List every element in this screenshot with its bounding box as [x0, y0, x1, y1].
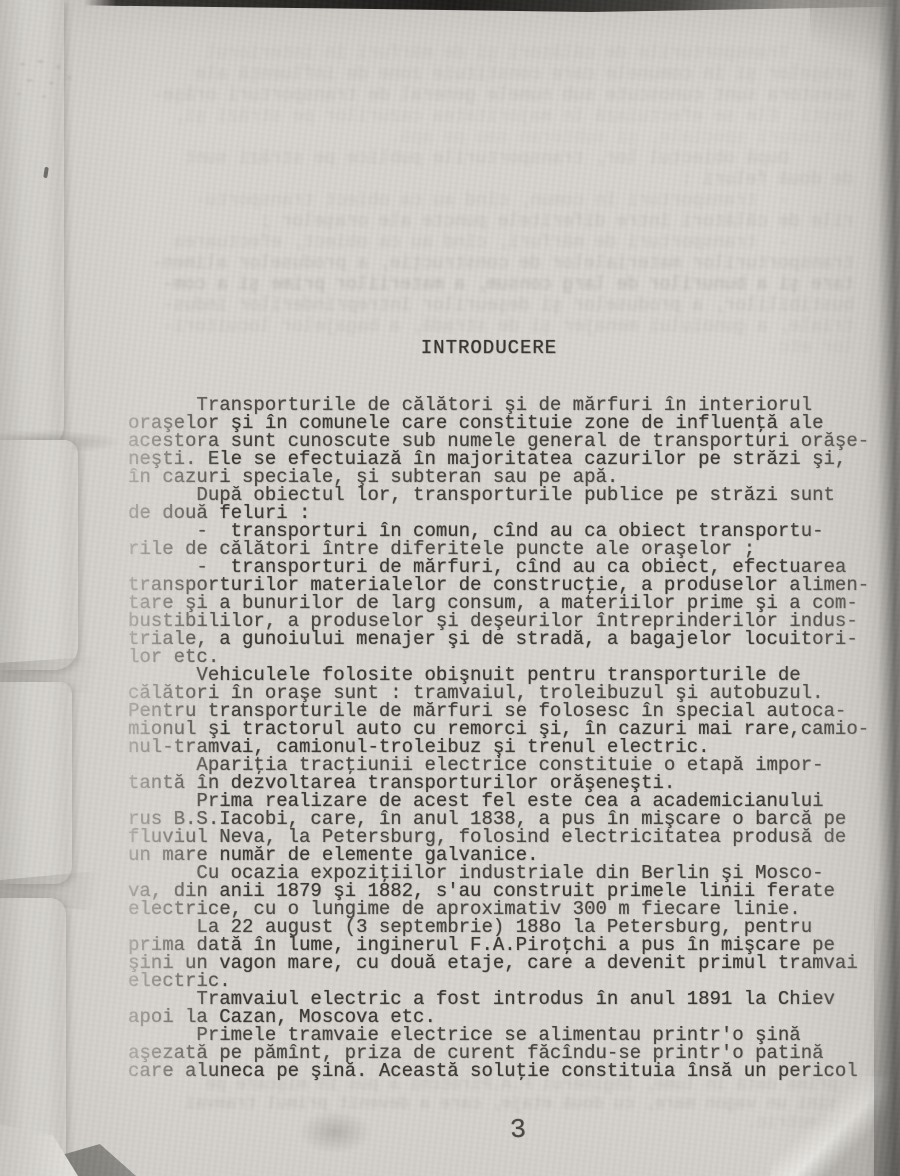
- text-line: bustibililor, a produselor şi deşeurilor…: [128, 612, 872, 630]
- ghost-line: rile de călători între diferitele puncte…: [112, 212, 854, 233]
- text-line: Cu ocazia expoziţiilor industriale din B…: [128, 864, 872, 882]
- scanned-page: Transporturile de călători şi de mărfuri…: [0, 0, 900, 1176]
- text-line: triale, a gunoiului menajer şi de stradă…: [128, 630, 872, 648]
- text-line: şini un vagon mare, cu două etaje, care …: [128, 954, 872, 972]
- ghost-line: şini un vagon mare, cu două etaje, care …: [148, 1095, 838, 1114]
- ghost-line: neşti. Ele se efectuiază în majoritatea …: [112, 107, 854, 128]
- ghost-line: Transporturile de călători şi de mărfuri…: [112, 44, 854, 65]
- page-number: 3: [509, 1116, 527, 1147]
- body-text: Transporturile de călători şi de mărfuri…: [128, 396, 872, 1080]
- text-line: acestora sunt cunoscute sub numele gener…: [128, 432, 872, 450]
- ghost-line: acestora sunt cunoscute sub numele gener…: [112, 86, 854, 107]
- ghost-line: în cazuri speciale, şi subteran sau pe a…: [112, 128, 854, 149]
- right-page-edge: [878, 0, 900, 1176]
- ghost-line: de două feluri :: [112, 170, 854, 191]
- ghost-line: - transporturi de mărfuri, cînd au ca ob…: [112, 233, 854, 254]
- paper-smudge: [298, 1110, 372, 1154]
- ghost-line: transporturilor materialelor de construc…: [112, 254, 854, 275]
- ghost-line: - transporturi în comun, cînd au ca obie…: [112, 191, 854, 212]
- text-line: Apariţia tracţiunii electrice constituie…: [128, 756, 872, 774]
- bleedthrough-text-top: Transporturile de călători şi de mărfuri…: [112, 44, 854, 366]
- ghost-line: oraşelor şi în comunele care constituie …: [112, 65, 854, 86]
- bottom-right-corner-fold: [770, 1076, 900, 1176]
- ghost-line: electric.: [148, 1114, 838, 1133]
- text-line: electric.: [128, 972, 872, 990]
- ghost-line: tare şi a bunurilor de larg consum, a ma…: [112, 275, 854, 296]
- faint-stamp-marks: [8, 48, 80, 102]
- text-line: După obiectul lor, transporturile public…: [128, 486, 872, 504]
- bleedthrough-text-bottom: prima dată în lume, inginerul F.A.Piroţc…: [148, 1076, 838, 1138]
- ghost-line: bustibililor, a produselor şi deşeurilor…: [112, 296, 854, 317]
- text-line: fluviul Neva, la Petersburg, folosind el…: [128, 828, 872, 846]
- text-line: aşezată pe pămînt, priza de curent făcîn…: [128, 1044, 872, 1062]
- text-line: care aluneca pe şină. Această soluţie co…: [128, 1062, 872, 1080]
- page-title: INTRODUCERE: [128, 337, 850, 359]
- text-line: La 22 august (3 septembrie) 188o la Pete…: [128, 918, 872, 936]
- ghost-line: După obiectul lor, transporturile public…: [112, 149, 854, 170]
- top-edge-shadow: [84, 0, 900, 12]
- right-edge-bottom-shadow: [874, 876, 900, 1176]
- ghost-line: triale, a gunoiului menajer şi de stradă…: [112, 317, 854, 338]
- text-line: Pentru transporturile de mărfuri se folo…: [128, 702, 872, 720]
- text-line: lor etc.: [128, 648, 872, 666]
- torn-spine-flap: [0, 682, 72, 884]
- top-right-shading: [810, 0, 900, 80]
- text-line: Transporturile de călători şi de mărfuri…: [128, 396, 872, 414]
- torn-spine-flap: [0, 440, 78, 670]
- text-line: rile de călători între diferitele puncte…: [128, 540, 872, 558]
